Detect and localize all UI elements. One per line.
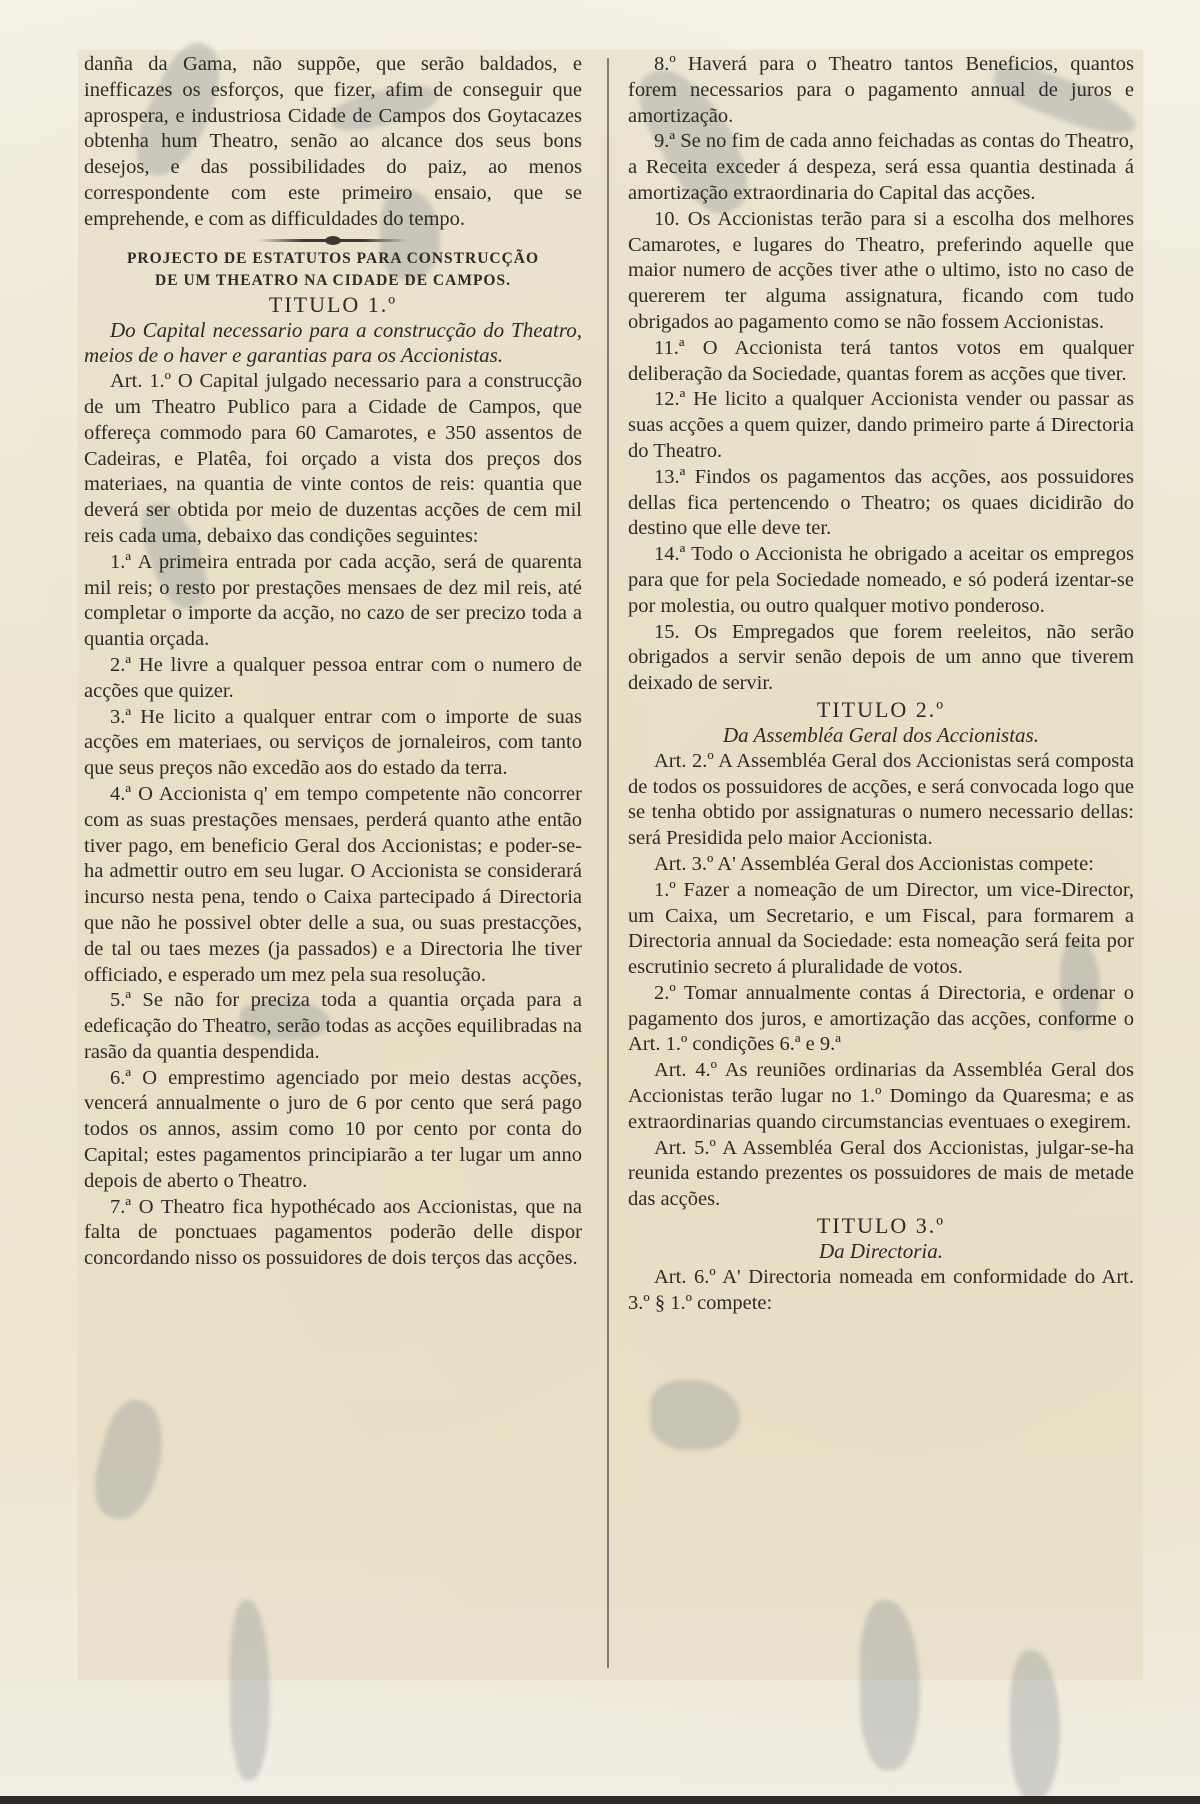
condition-12: 12.ª He licito a qualquer Accionista ven… (628, 387, 1134, 464)
article-3-item-1: 1.º Fazer a nomeação de um Director, um … (628, 878, 1134, 981)
article-6: Art. 6.º A' Directoria nomeada em confor… (628, 1265, 1134, 1317)
newspaper-page: danña da Gama, não suppõe, que serão bal… (0, 0, 1200, 1804)
condition-5: 5.ª Se não for preciza toda a quantia or… (84, 988, 582, 1065)
intro-paragraph: danña da Gama, não suppõe, que serão bal… (84, 52, 582, 233)
article-2: Art. 2.º A Assembléa Geral dos Accionist… (628, 749, 1134, 852)
page-bottom-edge (0, 1796, 1200, 1804)
condition-1: 1.ª A primeira entrada por cada acção, s… (84, 550, 582, 653)
titulo-3-subtitle: Da Directoria. (628, 1239, 1134, 1265)
heading-line-2: DE UM THEATRO NA CIDADE DE CAMPOS. (84, 270, 582, 292)
heading-line-1: PROJECTO DE ESTATUTOS PARA CONSTRUCÇÃO (84, 248, 582, 270)
article-3: Art. 3.º A' Assembléa Geral dos Accionis… (628, 852, 1134, 878)
condition-3: 3.ª He licito a qualquer entrar com o im… (84, 705, 582, 782)
article-1: Art. 1.º O Capital julgado necessario pa… (84, 369, 582, 550)
titulo-1-heading: TITULO 1.º (84, 292, 582, 318)
titulo-2-heading: TITULO 2.º (628, 697, 1134, 723)
condition-2: 2.ª He livre a qualquer pessoa entrar co… (84, 653, 582, 705)
article-3-item-2: 2.º Tomar annualmente contas á Directori… (628, 981, 1134, 1058)
titulo-1-subtitle: Do Capital necessario para a construcção… (84, 318, 582, 370)
column-divider (607, 58, 609, 1668)
condition-8: 8.º Haverá para o Theatro tantos Benefic… (628, 52, 1134, 129)
right-column: 8.º Haverá para o Theatro tantos Benefic… (628, 52, 1134, 1316)
condition-13: 13.ª Findos os pagamentos das acções, ao… (628, 465, 1134, 542)
condition-10: 10. Os Accionistas terão para si a escol… (628, 207, 1134, 336)
ornamental-rule (258, 239, 408, 242)
condition-14: 14.ª Todo o Accionista he obrigado a ace… (628, 542, 1134, 619)
article-4: Art. 4.º As reuniões ordinarias da Assem… (628, 1058, 1134, 1135)
titulo-3-heading: TITULO 3.º (628, 1213, 1134, 1239)
condition-11: 11.ª O Accionista terá tantos votos em q… (628, 336, 1134, 388)
condition-9: 9.ª Se no fim de cada anno feichadas as … (628, 129, 1134, 206)
titulo-2-subtitle: Da Assembléa Geral dos Accionistas. (628, 723, 1134, 749)
left-column: danña da Gama, não suppõe, que serão bal… (84, 52, 582, 1272)
condition-6: 6.ª O emprestimo agenciado por meio dest… (84, 1066, 582, 1195)
condition-15: 15. Os Empregados que forem reeleitos, n… (628, 620, 1134, 697)
condition-4: 4.ª O Accionista q' em tempo competente … (84, 782, 582, 988)
condition-7: 7.ª O Theatro fica hypothécado aos Accio… (84, 1195, 582, 1272)
article-5: Art. 5.º A Assembléa Geral dos Accionist… (628, 1136, 1134, 1213)
